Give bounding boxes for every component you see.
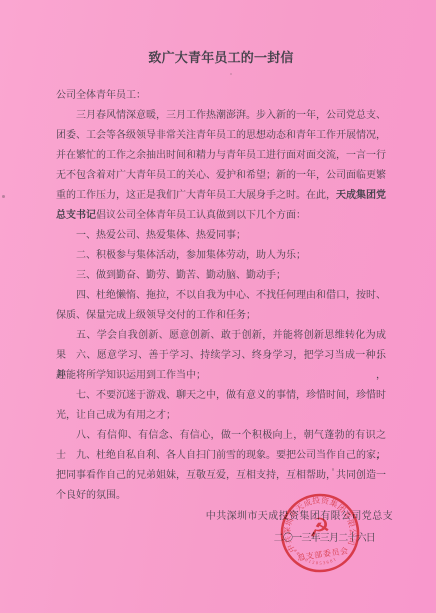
letter-line: 三月春风情深意暖，三月工作热潮澎湃。步入新的一年，公司党总支、 (56, 106, 386, 126)
letter-line: 并在繁忙的工作之余抽出时间和精力与青年员工进行面对面交流，一言一行 (56, 146, 386, 166)
letter-line: 一、热爱公司、热爱集体、热爱同事； (56, 226, 386, 246)
letter-line: 三、做到勤奋、勤劳、勤苦、勤动脑、勤动手； (56, 266, 386, 286)
letter-line: 五、学会自我创新、愿意创新、敢于创新，并能将创新思维转化为成果； (56, 326, 386, 346)
scan-speck (2, 195, 5, 198)
letter-line: 重的工作压力，这正是我们广大青年员工大展身手之时。在此，天成集团党 (56, 186, 386, 206)
letter-line: 个良好的氛围。 (56, 486, 386, 506)
scan-speck (230, 73, 232, 75)
letter-line: 四、杜绝懒惰、拖拉，不以自我为中心、不找任何理由和借口，按时、 (56, 286, 386, 306)
letter-line: 六、愿意学习、善于学习、持续学习、终身学习，把学习当成一种乐趣， (56, 346, 386, 366)
letter-line: 九、杜绝自私自利、各人自扫门前雪的现象。要把公司当作自己的家， (56, 446, 386, 466)
letter-line: 无不包含着对广大青年员工的关心、爱护和希望；新的一年，公司面临更繁 (56, 166, 386, 186)
date-line: 二〇一三年三月二十六日 (56, 529, 375, 549)
scan-speck (332, 468, 334, 471)
letter-line: 总支书记倡议公司全体青年员工认真做到以下几个方面： (56, 206, 386, 226)
letter-line: 二、积极参与集体活动，参加集体劳动，助人为乐； (56, 246, 386, 266)
letter-line: 八、有信仰、有信念、有信心，做一个积极向上，朝气蓬勃的有识之士； (56, 426, 386, 446)
signature-line: 中共深圳市天成投资集团有限公司党总支 (56, 507, 393, 527)
letter-line: 保质、保量完成上级领导交付的工作和任务； (56, 306, 386, 326)
letter-line: 七、不要沉迷于游戏、聊天之中，做有意义的事情，珍惜时间，珍惜时 (56, 386, 386, 406)
letter-line: 光，让自己成为有用之才； (56, 406, 386, 426)
letter-line: 并能将所学知识运用到工作当中； (56, 366, 386, 386)
letter-page: 致广大青年员工的一封信 公司全体青年员工：三月春风情深意暖，三月工作热潮澎湃。步… (0, 0, 436, 613)
letter-line: 团委、工会等各级领导非常关注青年员工的思想动态和青年工作开展情况， (56, 126, 386, 146)
letter-line: 把同事看作自己的兄弟姐妹，互敬互爱，互相支持，互相帮助，共同创造一 (56, 466, 386, 486)
letter-line: 公司全体青年员工： (56, 86, 386, 106)
